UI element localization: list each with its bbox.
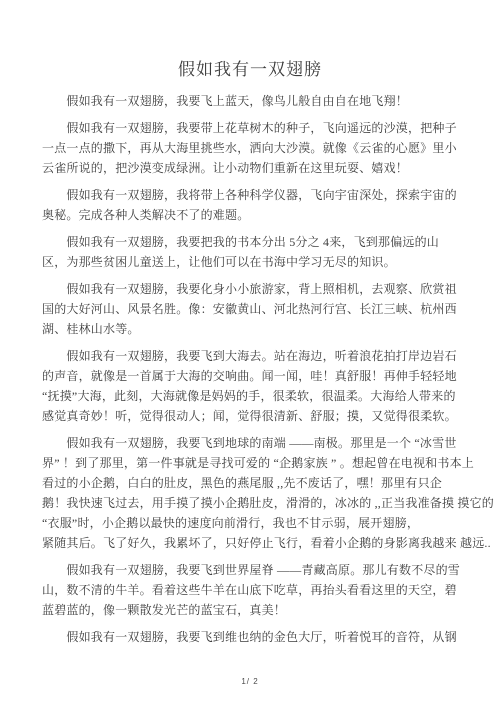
- paragraph: 假如我有一双翅膀，我要把我的书本分出 5分之 4来，飞到那偏远的山区，为那些贫困…: [42, 232, 458, 272]
- page-number: 1/ 2: [0, 677, 500, 686]
- text-line: 假如我有一双翅膀，我要飞到世界屋脊 ——青藏高原。那儿有数不尽的雪: [42, 560, 458, 580]
- text-line: 假如我有一双翅膀，我要飞到维也纳的金色大厅，听着悦耳的音符，从钢: [42, 627, 458, 647]
- paragraph: 假如我有一双翅膀，我要飞到地球的南端 ——南极。那里是一个 “冰雪世界” ！到了…: [42, 433, 458, 553]
- text-line: 感觉真奇妙！听，觉得很动人；闻，觉得很清新、舒服；摸，又觉得很柔软。: [42, 406, 458, 426]
- text-line: 鹅！我快速飞过去，用手摸了摸小企鹅肚皮，滑滑的，冰冰的 ,,正当我准备摸 摸它的: [42, 493, 458, 513]
- text-line: 紧随其后。飞了好久，我累坏了，只好停止飞行，看着小企鹅的身影离我越来 越远..: [42, 533, 458, 553]
- document-title: 假如我有一双翅膀: [0, 0, 500, 82]
- text-line: 湖、桂林山水等。: [42, 319, 458, 339]
- document-body: 假如我有一双翅膀，我要飞上蓝天，像鸟儿般自由自在地飞翔！ 假如我有一双翅膀，我要…: [0, 82, 500, 647]
- text-line: 假如我有一双翅膀，我要飞到大海去。站在海边，听着浪花拍打岸边岩石: [42, 346, 458, 366]
- text-line: “衣服”时，小企鹅以最快的速度向前滑行，我也不甘示弱，展开翅膀，: [42, 513, 458, 533]
- paragraph: 假如我有一双翅膀，我要飞到世界屋脊 ——青藏高原。那儿有数不尽的雪山，数不清的牛…: [42, 560, 458, 620]
- text-line: 云雀所说的，把沙漠变成绿洲。让小动物们重新在这里玩耍、嬉戏！: [42, 158, 458, 178]
- text-line: 假如我有一双翅膀，我要飞到地球的南端 ——南极。那里是一个 “冰雪世: [42, 433, 458, 453]
- paragraph: 假如我有一双翅膀，我将带上各种科学仪器，飞向宇宙深处，探索宇宙的奥秘。完成各种人…: [42, 185, 458, 225]
- text-line: 假如我有一双翅膀，我要飞上蓝天，像鸟儿般自由自在地飞翔！: [42, 91, 458, 111]
- document-page: 假如我有一双翅膀 假如我有一双翅膀，我要飞上蓝天，像鸟儿般自由自在地飞翔！ 假如…: [0, 0, 500, 708]
- paragraph: 假如我有一双翅膀，我要飞到维也纳的金色大厅，听着悦耳的音符，从钢: [42, 627, 458, 647]
- text-line: 假如我有一双翅膀，我要化身小小旅游家，背上照相机，去观察、欣赏祖: [42, 279, 458, 299]
- text-line: 国的大好河山、风景名胜。像：安徽黄山、河北热河行宫、长江三峡、杭州西: [42, 299, 458, 319]
- text-line: 假如我有一双翅膀，我要带上花草树木的种子，飞向遥远的沙漠，把种子: [42, 118, 458, 138]
- text-line: 山，数不清的牛羊。看着这些牛羊在山底下吃草，再抬头看看这里的天空，碧: [42, 580, 458, 600]
- text-line: 界” ！到了那里，第一件事就是寻找可爱的 “企鹅家族 ” 。想起曾在电视和书本上: [42, 453, 458, 473]
- text-line: 一点一点的撒下，再从大海里挑些水，洒向大沙漠。就像《云雀的心愿》里小: [42, 138, 458, 158]
- text-line: 看过的小企鹅，白白的肚皮，黑色的燕尾服 ,,先不废话了，嘿！那里有只企: [42, 473, 458, 493]
- paragraph: 假如我有一双翅膀，我要飞上蓝天，像鸟儿般自由自在地飞翔！: [42, 91, 458, 111]
- paragraph: 假如我有一双翅膀，我要飞到大海去。站在海边，听着浪花拍打岸边岩石的声音，就像是一…: [42, 346, 458, 426]
- text-line: 假如我有一双翅膀，我要把我的书本分出 5分之 4来，飞到那偏远的山: [42, 232, 458, 252]
- text-line: “抚摸”大海，此刻，大海就像是妈妈的手，很柔软，很温柔。大海给人带来的: [42, 386, 458, 406]
- text-line: 区，为那些贫困儿童送上，让他们可以在书海中学习无尽的知识。: [42, 252, 458, 272]
- paragraph: 假如我有一双翅膀，我要带上花草树木的种子，飞向遥远的沙漠，把种子一点一点的撒下，…: [42, 118, 458, 178]
- text-line: 蓝碧蓝的，像一颗散发光芒的蓝宝石，真美！: [42, 600, 458, 620]
- text-line: 奥秘。完成各种人类解决不了的难题。: [42, 205, 458, 225]
- text-line: 假如我有一双翅膀，我将带上各种科学仪器，飞向宇宙深处，探索宇宙的: [42, 185, 458, 205]
- paragraph: 假如我有一双翅膀，我要化身小小旅游家，背上照相机，去观察、欣赏祖国的大好河山、风…: [42, 279, 458, 339]
- text-line: 的声音，就像是一首属于大海的交响曲。闻一闻，哇！真舒服！再伸手轻轻地: [42, 366, 458, 386]
